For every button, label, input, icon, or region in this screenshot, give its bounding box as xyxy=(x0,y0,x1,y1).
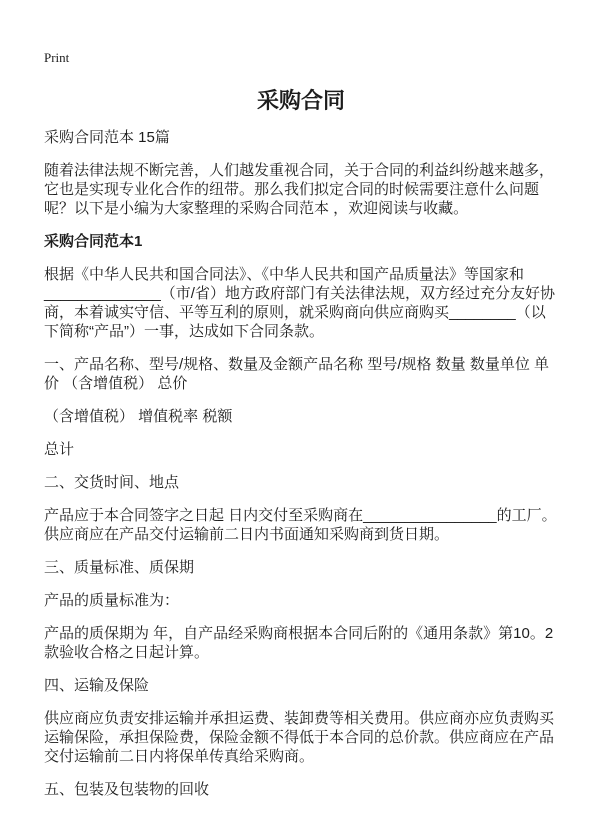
legal-basis-paragraph: 根据《中华人民共和国合同法》、《中华人民共和国产品质量法》等国家和_______… xyxy=(44,265,558,341)
warranty-paragraph: 产品的质保期为 年，自产品经采购商根据本合同后附的《通用条款》第10。2款验收合… xyxy=(44,624,558,662)
document-title: 采购合同 xyxy=(44,88,558,114)
delivery-terms-paragraph: 产品应于本合同签字之日起 日内交付至采购商在________________的工… xyxy=(44,506,558,544)
section-5-packaging-heading: 五、包装及包装物的回收 xyxy=(44,780,558,799)
quality-standard-line: 产品的质量标准为： xyxy=(44,591,558,610)
document-subtitle: 采购合同范本 15篇 xyxy=(44,128,558,147)
transport-insurance-paragraph: 供应商应负责安排运输并承担运费、装卸费等相关费用。供应商亦应负责购买运输保险，承… xyxy=(44,709,558,766)
print-button[interactable]: Print xyxy=(44,51,69,65)
vat-rate-line: （含增值税） 增值税率 税额 xyxy=(44,407,558,426)
intro-paragraph: 随着法律法规不断完善，人们越发重视合同，关于合同的利益纠纷越来越多，它也是实现专… xyxy=(44,161,558,218)
sample-1-heading: 采购合同范本1 xyxy=(44,232,558,251)
total-line: 总计 xyxy=(44,440,558,459)
section-1-products-heading: 一、产品名称、型号/规格、数量及金额产品名称 型号/规格 数量 数量单位 单价 … xyxy=(44,355,558,393)
section-2-delivery-heading: 二、交货时间、地点 xyxy=(44,473,558,492)
section-3-quality-heading: 三、质量标准、质保期 xyxy=(44,558,558,577)
document-page: Print 采购合同 采购合同范本 15篇 随着法律法规不断完善，人们越发重视合… xyxy=(0,0,600,828)
section-4-transport-heading: 四、运输及保险 xyxy=(44,676,558,695)
